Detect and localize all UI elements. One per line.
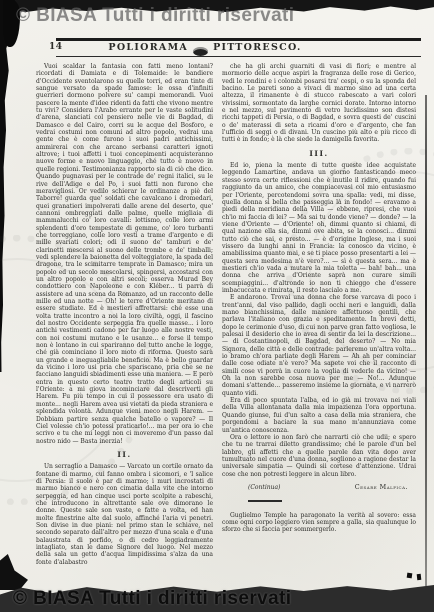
text-column-left: Vuoi scaldar la fantasia con fatti meno …: [36, 63, 213, 566]
paragraph: Vuoi scaldar la fantasia con fatti meno …: [36, 63, 213, 445]
masthead-title-left: POLIORAMA: [108, 42, 188, 53]
paragraph: Un serraglio a Damasco — Varcato un cort…: [36, 463, 213, 566]
watermark-bottom: © BIASA Tutti i diritti riservati: [13, 588, 291, 610]
masthead-seal-icon: [193, 47, 208, 56]
paragraph: Era di poco spuntata l'alba, ed io già m…: [222, 397, 416, 434]
ink-blot-bottom-left: [0, 554, 28, 590]
watermark-top: © BIASA Tutti i diritti riservati: [16, 5, 294, 27]
scanned-journal-page: © BIASA Tutti i diritti riservati 14 POL…: [0, 0, 434, 612]
author-signature: Cesare Malpica.: [355, 484, 408, 491]
header-rule-thin: [56, 56, 421, 57]
paragraph: che ha gli archi guarniti di vasi di fio…: [222, 63, 416, 144]
continua-note: (Continua): [248, 484, 280, 491]
page-fold-line-right: [425, 95, 427, 586]
section-heading-iii: III.: [222, 150, 416, 157]
article-separator-rule: [248, 500, 282, 502]
print-artifact-bottom-right: [407, 573, 421, 580]
journal-masthead: POLIORAMAPITTORESCO.: [0, 42, 410, 53]
section-heading-ii: II.: [36, 451, 213, 458]
paragraph: E andarono. Trovai una donna che forse v…: [222, 294, 416, 397]
paragraph: Guglielmo Temple ha paragonato la verità…: [222, 512, 416, 534]
article-footer: (Continua) Cesare Malpica.: [222, 484, 416, 491]
text-column-right: che ha gli archi guarniti di vasi di fio…: [222, 63, 416, 534]
paragraph: Ora o lettore io non farò che narrarti c…: [222, 434, 416, 478]
masthead-title-right: PITTORESCO.: [213, 42, 302, 53]
header-rule-thick: [56, 38, 421, 41]
paragraph: Ed io, piena la mente di tutte queste id…: [222, 162, 416, 294]
